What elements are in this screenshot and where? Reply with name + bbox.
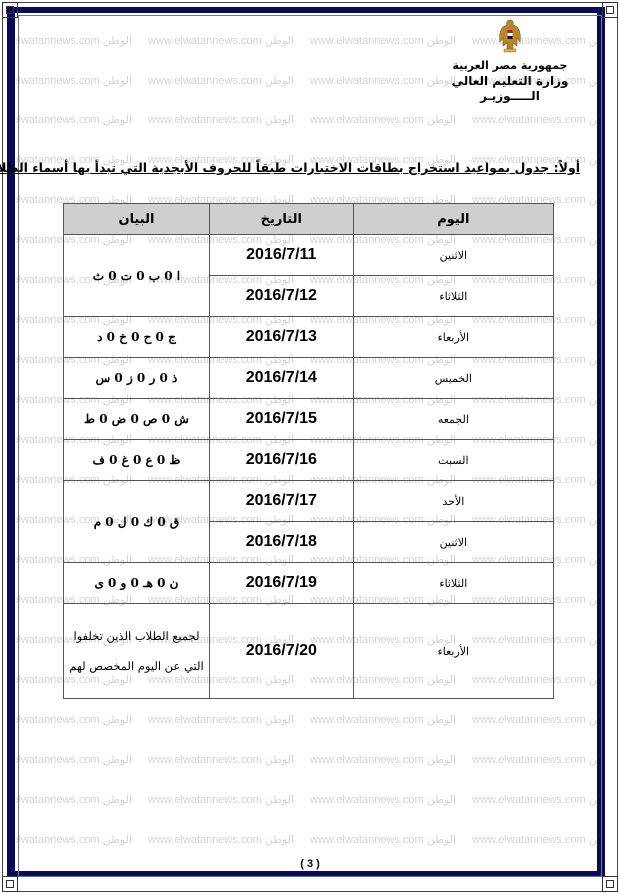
letters-cell: ا 0 ب 0 ت 0 ث <box>64 235 210 317</box>
office-name: الـــــوزيـر <box>450 89 570 103</box>
date-cell: 2016/7/20 <box>209 604 353 699</box>
letters-cell: ذ 0 ر 0 ز 0 س <box>64 358 210 399</box>
day-cell: الأحد <box>353 481 553 522</box>
column-header-description: البيان <box>64 204 210 235</box>
date-cell: 2016/7/11 <box>209 235 353 276</box>
exam-card-schedule-table: اليوم التاريخ البيان الاثنين 2016/7/11 ا… <box>63 203 554 699</box>
table-row: الأربعاء 2016/7/20 لجميع الطلاب الذين تخ… <box>64 604 554 699</box>
letters-cell: ق 0 ك 0 ل 0 م <box>64 481 210 563</box>
date-cell: 2016/7/17 <box>209 481 353 522</box>
page-number: ( 3 ) <box>0 858 620 870</box>
table-row: الاثنين 2016/7/11 ا 0 ب 0 ت 0 ث <box>64 235 554 276</box>
note-line-2: التي عن اليوم المخصص لهم <box>66 651 207 681</box>
corner-ornament-icon <box>2 2 18 18</box>
date-cell: 2016/7/16 <box>209 440 353 481</box>
table-header-row: اليوم التاريخ البيان <box>64 204 554 235</box>
date-cell: 2016/7/18 <box>209 522 353 563</box>
day-cell: الخميس <box>353 358 553 399</box>
eagle-emblem-icon <box>497 18 523 54</box>
letters-cell: ج 0 ح 0 خ 0 د <box>64 317 210 358</box>
date-cell: 2016/7/12 <box>209 276 353 317</box>
table-row: الخميس 2016/7/14 ذ 0 ر 0 ز 0 س <box>64 358 554 399</box>
date-cell: 2016/7/13 <box>209 317 353 358</box>
letters-cell: ش 0 ص 0 ض 0 ط <box>64 399 210 440</box>
day-cell: الجمعه <box>353 399 553 440</box>
table-row: السبت 2016/7/16 ظ 0 ع 0 غ 0 ف <box>64 440 554 481</box>
day-cell: الثلاثاء <box>353 276 553 317</box>
letters-cell: ن 0 هـ 0 و 0 ى <box>64 563 210 604</box>
corner-ornament-icon <box>602 876 618 892</box>
day-cell: الأربعاء <box>353 317 553 358</box>
note-cell: لجميع الطلاب الذين تخلفوا التي عن اليوم … <box>64 604 210 699</box>
day-cell: السبت <box>353 440 553 481</box>
day-cell: الاثنين <box>353 522 553 563</box>
day-cell: الثلاثاء <box>353 563 553 604</box>
country-name: جمهورية مصر العربية <box>450 58 570 73</box>
note-line-1: لجميع الطلاب الذين تخلفوا <box>66 621 207 651</box>
date-cell: 2016/7/14 <box>209 358 353 399</box>
date-cell: 2016/7/19 <box>209 563 353 604</box>
table-row: الثلاثاء 2016/7/19 ن 0 هـ 0 و 0 ى <box>64 563 554 604</box>
day-cell: الأربعاء <box>353 604 553 699</box>
date-cell: 2016/7/15 <box>209 399 353 440</box>
section-heading: أولاً: جدول بمواعيد استخراج بطاقات الاخت… <box>40 160 580 175</box>
letters-cell: ظ 0 ع 0 غ 0 ف <box>64 440 210 481</box>
corner-ornament-icon <box>602 2 618 18</box>
ministry-name: وزارة التعليم العالي <box>450 73 570 89</box>
column-header-date: التاريخ <box>209 204 353 235</box>
table-row: الجمعه 2016/7/15 ش 0 ص 0 ض 0 ط <box>64 399 554 440</box>
day-cell: الاثنين <box>353 235 553 276</box>
corner-ornament-icon <box>2 876 18 892</box>
table-row: الأحد 2016/7/17 ق 0 ك 0 ل 0 م <box>64 481 554 522</box>
table-row: الأربعاء 2016/7/13 ج 0 ح 0 خ 0 د <box>64 317 554 358</box>
letterhead: جمهورية مصر العربية وزارة التعليم العالي… <box>450 18 570 103</box>
column-header-day: اليوم <box>353 204 553 235</box>
